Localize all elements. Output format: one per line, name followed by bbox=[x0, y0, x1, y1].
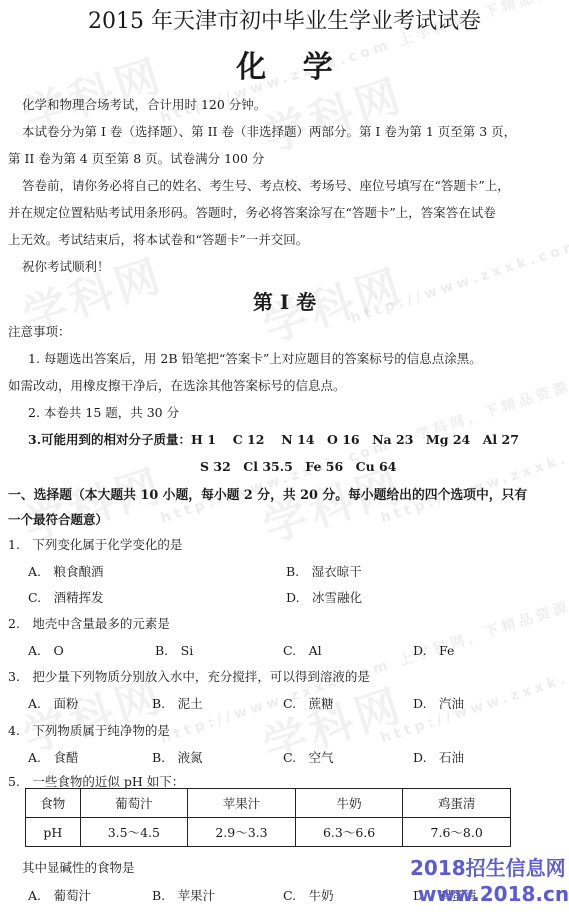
section-heading: 一、选择题（本大题共 10 小题，每小题 2 分，共 20 分。每小题给出的四个… bbox=[8, 484, 527, 503]
subject-title: 化 学 bbox=[0, 42, 569, 86]
option: B. 液氮 bbox=[152, 748, 203, 766]
exam-title: 2015 年天津市初中毕业生学业考试试卷 bbox=[0, 4, 569, 35]
intro-line: 答卷前，请你务必将自己的姓名、考生号、考点校、考场号、座位号填写在“答题卡”上， bbox=[22, 176, 510, 194]
intro-line: 祝你考试顺利！ bbox=[22, 257, 110, 275]
intro-line: 第 II 卷为第 4 页至第 8 页。试卷满分 100 分 bbox=[8, 149, 264, 167]
option: A. 面粉 bbox=[28, 694, 79, 712]
intro-line: 化学和物理合场考试，合计用时 120 分钟。 bbox=[22, 95, 266, 113]
watermark-url: http://www.zxxk.com 上学科网，下精品资源! bbox=[378, 592, 569, 747]
question-stem: 3. 把少量下列物质分别放入水中，充分搅拌，可以得到溶液的是 bbox=[8, 667, 370, 685]
option: A. 食醋 bbox=[28, 748, 79, 766]
option: A. 葡萄汁 bbox=[28, 886, 91, 904]
atomic-masses: S 32 Cl 35.5 Fe 56 Cu 64 bbox=[200, 457, 396, 475]
option: C. 空气 bbox=[283, 748, 334, 766]
option: D. 冰雪融化 bbox=[286, 588, 362, 606]
notice-item: 2. 本卷共 15 题，共 30 分 bbox=[28, 403, 179, 421]
option: C. 牛奶 bbox=[283, 886, 334, 904]
notice-item: 如需改动，用橡皮擦干净后，在选涂其他答案标号的信息点。 bbox=[8, 376, 346, 394]
option: D. 石油 bbox=[413, 748, 464, 766]
intro-line: 上无效。考试结束后，将本试卷和“答题卡”一并交回。 bbox=[8, 230, 308, 248]
table-cell: 葡萄汁 bbox=[80, 789, 188, 818]
table-header-row: 食物 葡萄汁 苹果汁 牛奶 鸡蛋清 bbox=[26, 789, 511, 818]
notice-label: 注意事项： bbox=[8, 322, 71, 340]
option: B. Si bbox=[155, 641, 193, 659]
section-heading: 一个最符合题意） bbox=[8, 510, 108, 528]
table-row: pH 3.5～4.5 2.9～3.3 6.3～6.6 7.6～8.0 bbox=[26, 818, 511, 847]
notice-item: 1. 每题选出答案后，用 2B 铅笔把“答案卡”上对应题目的答案标号的信息点涂黑… bbox=[28, 349, 482, 367]
option: A. 粮食酿酒 bbox=[28, 562, 104, 580]
question-stem: 2. 地壳中含量最多的元素是 bbox=[8, 614, 170, 632]
watermark-url: http://www.zxxk.com 上学科网，下精品资源! bbox=[378, 372, 569, 527]
intro-line: 并在规定位置粘贴考试用条形码。答题时，务必将答案涂写在“答题卡”上，答案答在试卷 bbox=[8, 203, 496, 221]
option: B. 苹果汁 bbox=[152, 886, 215, 904]
option: B. 泥土 bbox=[152, 694, 203, 712]
table-cell: pH bbox=[26, 818, 81, 847]
option: D. Fe bbox=[413, 641, 454, 659]
option: C. Al bbox=[283, 641, 322, 659]
question-followup: 其中显碱性的食物是 bbox=[22, 858, 135, 876]
option: D. 汽油 bbox=[413, 694, 464, 712]
site-logo-title: 2018招生信息网 bbox=[410, 852, 566, 881]
table-cell: 苹果汁 bbox=[188, 789, 296, 818]
table-cell: 鸡蛋清 bbox=[403, 789, 511, 818]
table-cell: 3.5～4.5 bbox=[80, 818, 188, 847]
question-stem: 4. 下列物质属于纯净物的是 bbox=[8, 721, 170, 739]
volume-title: 第 I 卷 bbox=[0, 286, 569, 315]
table-cell: 7.6～8.0 bbox=[403, 818, 511, 847]
site-logo-url: www.2018.cn bbox=[418, 882, 569, 906]
option: A. O bbox=[28, 641, 64, 659]
option: C. 蔗糖 bbox=[283, 694, 334, 712]
table-cell: 食物 bbox=[26, 789, 81, 818]
question-stem: 1. 下列变化属于化学变化的是 bbox=[8, 535, 182, 553]
ph-table: 食物 葡萄汁 苹果汁 牛奶 鸡蛋清 pH 3.5～4.5 2.9～3.3 6.3… bbox=[25, 788, 511, 847]
table-cell: 2.9～3.3 bbox=[188, 818, 296, 847]
option: C. 酒精挥发 bbox=[28, 588, 104, 606]
watermark-url: http://www.zxxk.com 上学科网，下精品资源! bbox=[158, 372, 569, 527]
option: B. 湿衣晾干 bbox=[286, 562, 362, 580]
table-cell: 牛奶 bbox=[295, 789, 403, 818]
table-cell: 6.3～6.6 bbox=[295, 818, 403, 847]
atomic-masses: 3.可能用到的相对分子质量：H 1 C 12 N 14 O 16 Na 23 M… bbox=[28, 430, 519, 448]
intro-line: 本试卷分为第 I 卷（选择题）、第 II 卷（非选择题）两部分。第 I 卷为第 … bbox=[22, 122, 516, 140]
